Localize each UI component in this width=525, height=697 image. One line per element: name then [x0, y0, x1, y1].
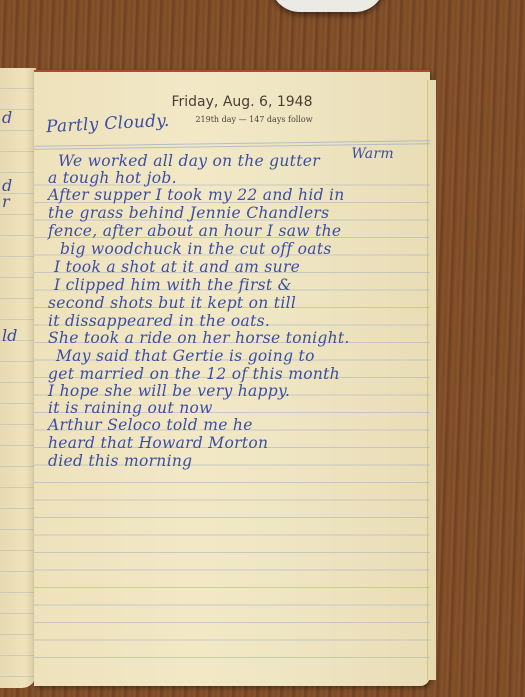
date-heading: Friday, Aug. 6, 1948: [34, 94, 430, 110]
left-page-fragment: ld: [2, 326, 17, 345]
left-page-fragment: d: [2, 108, 12, 127]
entry-line: She took a ride on her horse tonight.: [48, 329, 350, 347]
entry-line: I hope she will be very happy.: [48, 382, 290, 400]
entry-line: get married on the 12 of this month: [48, 365, 340, 383]
entry-line: died this morning: [48, 452, 192, 470]
entry-line: a tough hot job.: [48, 169, 177, 187]
entry-line: heard that Howard Morton: [48, 434, 268, 452]
temperature-note: Warm: [351, 146, 394, 162]
entry-line: big woodchuck in the cut off oats: [60, 240, 332, 258]
entry-line: May said that Gertie is going to: [56, 347, 315, 365]
entry-line: Arthur Seloco told me he: [48, 416, 253, 434]
left-page: d d r ld: [0, 68, 36, 688]
entry-line: it is raining out now: [48, 399, 213, 417]
left-page-ruling: [0, 68, 36, 688]
entry-line: I took a shot at it and am sure: [54, 258, 300, 276]
entry-line: second shots but it kept on till: [48, 294, 296, 312]
left-page-fragment: r: [2, 192, 10, 211]
entry-line: I clipped him with the first &: [54, 276, 292, 294]
computer-mouse: [270, 0, 385, 12]
entry-line: it dissappeared in the oats.: [48, 312, 270, 330]
entry-line: the grass behind Jennie Chandlers: [48, 204, 329, 222]
entry-line: We worked all day on the gutter: [58, 152, 320, 170]
entry-line: fence, after about an hour I saw the: [48, 222, 341, 240]
diary-page: Friday, Aug. 6, 1948 219th day — 147 day…: [34, 70, 430, 686]
entry-line: After supper I took my 22 and hid in: [48, 186, 345, 204]
